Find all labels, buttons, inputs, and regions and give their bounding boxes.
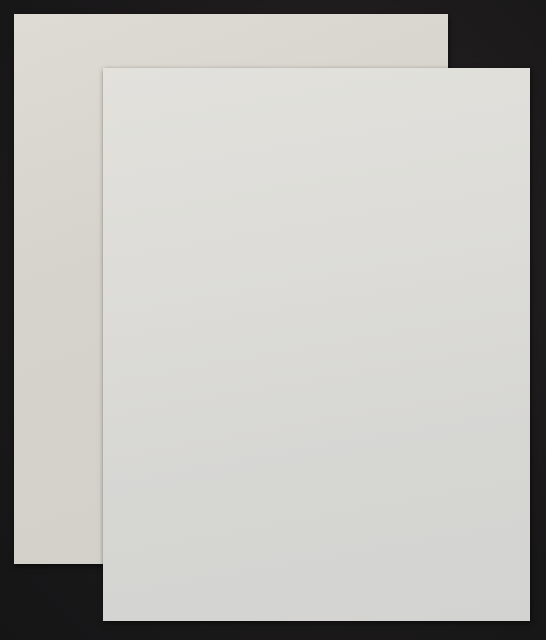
back-paragraph-fragment-2 bbox=[55, 242, 77, 348]
front-letter-page bbox=[103, 68, 530, 621]
letter-paragraph-4 bbox=[134, 471, 156, 556]
letter-paragraph-3 bbox=[134, 340, 156, 594]
